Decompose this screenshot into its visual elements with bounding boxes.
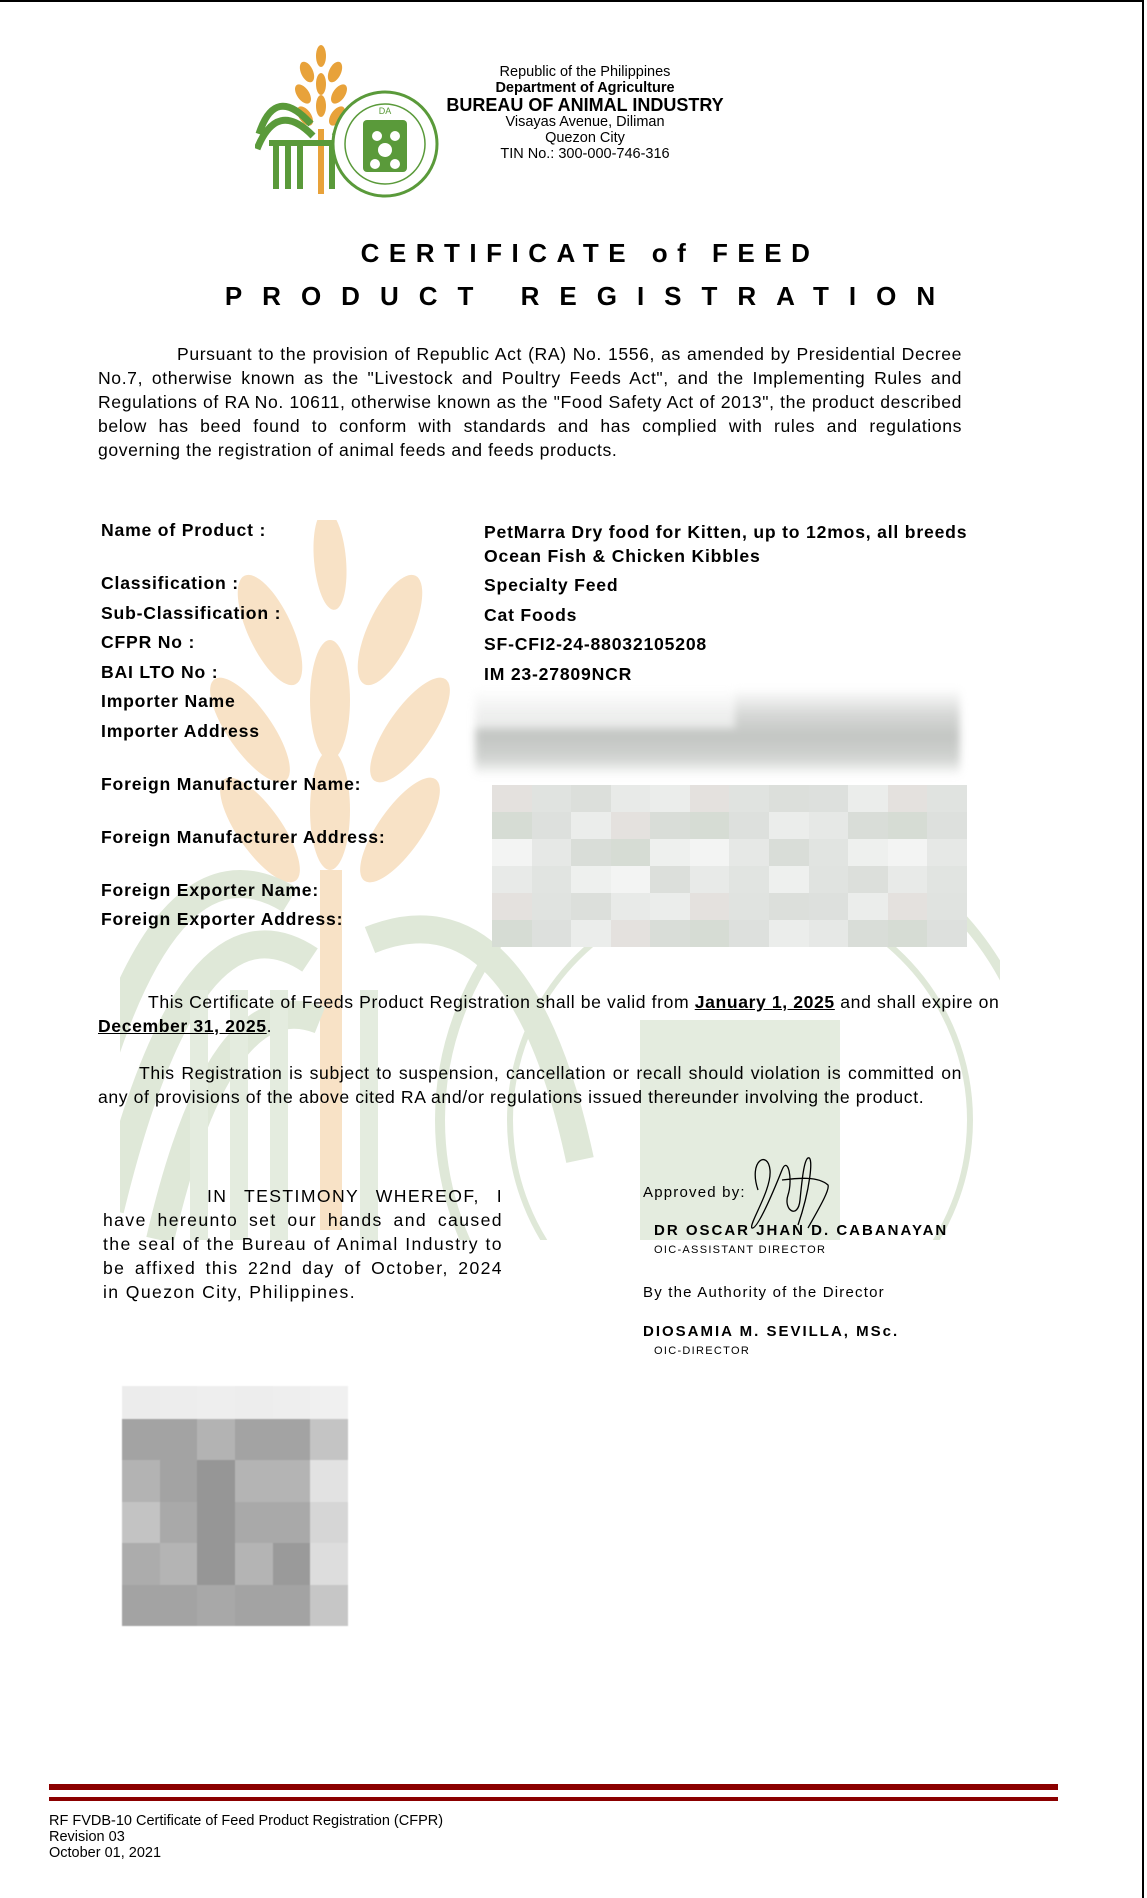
header-city: Quezon City (425, 130, 745, 146)
field-label: Foreign Manufacturer Name: (101, 774, 361, 795)
field-label: Name of Product : (101, 520, 266, 541)
certificate-title-line1: CERTIFICATE of FEED (0, 238, 1147, 269)
redacted-importer-info (475, 688, 960, 776)
header-republic: Republic of the Philippines (425, 64, 745, 80)
field-value: PetMarra Dry food for Kitten, up to 12mo… (484, 520, 974, 568)
form-revision: Revision 03 (49, 1829, 443, 1845)
header-tin: TIN No.: 300-000-746-316 (425, 146, 745, 162)
header-department: Department of Agriculture (425, 80, 745, 96)
field-value: SF-CFI2-24-88032105208 (484, 632, 974, 656)
form-code: RF FVDB-10 Certificate of Feed Product R… (49, 1813, 443, 1829)
field-value: Specialty Feed (484, 573, 974, 597)
intro-paragraph: Pursuant to the provision of Republic Ac… (98, 342, 962, 462)
field-label: Foreign Exporter Address: (101, 909, 343, 930)
certificate-title-line2: PRODUCT REGISTRATION (0, 281, 1147, 312)
redacted-foreign-info (492, 785, 967, 947)
validity-paragraph: This Certificate of Feeds Product Regist… (98, 990, 1078, 1038)
form-footer: RF FVDB-10 Certificate of Feed Product R… (49, 1813, 443, 1861)
header-street: Visayas Avenue, Diliman (425, 114, 745, 130)
field-label: Sub-Classification : (101, 603, 281, 624)
agency-header: Republic of the Philippines Department o… (425, 64, 745, 162)
officer2-title: OIC-DIRECTOR (654, 1345, 750, 1357)
testimony-paragraph: IN TESTIMONY WHEREOF, I have hereunto se… (103, 1184, 503, 1304)
authority-label: By the Authority of the Director (643, 1284, 885, 1301)
expiry-date: December 31, 2025 (98, 1016, 267, 1036)
footer-rule-thin (49, 1797, 1058, 1801)
field-label: BAI LTO No : (101, 662, 218, 683)
signatories: Approved by: DR OSCAR JHAN D. CABANAYAN … (643, 1150, 1003, 1370)
footer-rule-thick (49, 1784, 1058, 1790)
field-label: Foreign Manufacturer Address: (101, 827, 386, 848)
redacted-qr-code (122, 1386, 348, 1626)
form-date: October 01, 2021 (49, 1845, 443, 1861)
field-label: Importer Address (101, 721, 260, 742)
suspension-paragraph: This Registration is subject to suspensi… (98, 1061, 962, 1109)
valid-from-date: January 1, 2025 (695, 992, 835, 1012)
approved-by-label: Approved by: (643, 1184, 746, 1201)
svg-text:DA: DA (379, 106, 392, 116)
field-label: CFPR No : (101, 632, 195, 653)
header-bureau: BUREAU OF ANIMAL INDUSTRY (425, 96, 745, 114)
field-label: Classification : (101, 573, 239, 594)
bai-logo: DA (255, 44, 440, 199)
officer1-name: DR OSCAR JHAN D. CABANAYAN (654, 1222, 948, 1239)
field-label: Foreign Exporter Name: (101, 880, 319, 901)
officer2-name: DIOSAMIA M. SEVILLA, MSc. (643, 1323, 899, 1340)
field-value: IM 23-27809NCR (484, 662, 974, 686)
field-label: Importer Name (101, 691, 236, 712)
officer1-title: OIC-ASSISTANT DIRECTOR (654, 1244, 826, 1256)
signature-image (738, 1150, 838, 1230)
field-value: Cat Foods (484, 603, 974, 627)
